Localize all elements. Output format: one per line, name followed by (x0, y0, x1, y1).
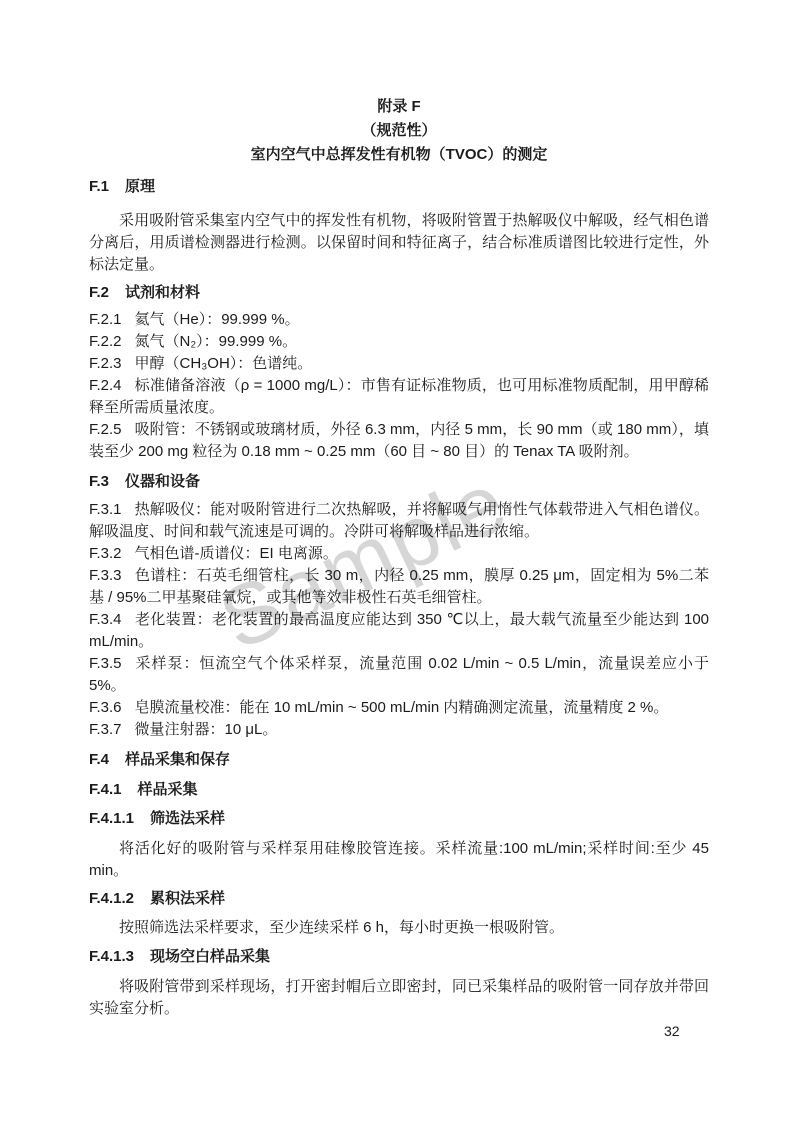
item-text: 采样泵：恒流空气个体采样泵，流量范围 0.02 L/min ~ 0.5 L/mi… (89, 655, 709, 694)
document-content: 附录 F （规范性） 室内空气中总挥发性有机物（TVOC）的测定 F.1原理 采… (89, 95, 709, 1020)
list-item-f3-5: F.3.5采样泵：恒流空气个体采样泵，流量范围 0.02 L/min ~ 0.5… (89, 653, 709, 697)
list-item-f3-6: F.3.6皂膜流量校准：能在 10 mL/min ~ 500 mL/min 内精… (89, 697, 709, 719)
section-title: 试剂和材料 (125, 284, 200, 301)
section-heading-f4-1: F.4.1样品采集 (89, 779, 709, 801)
item-text: 热解吸仪：能对吸附管进行二次热解吸，并将解吸气用惰性气体载带进入气相色谱仪。解吸… (89, 501, 709, 540)
section-title: 仪器和设备 (125, 473, 200, 490)
item-number: F.3.1 (89, 501, 122, 518)
section-body-f4-1-3: 将吸附管带到采样现场，打开密封帽后立即密封，同已采集样品的吸附管一同存放并带回实… (89, 976, 709, 1020)
item-number: F.2.5 (89, 421, 122, 438)
section-title: 现场空白样品采集 (150, 948, 270, 965)
section-heading-f4-1-3: F.4.1.3现场空白样品采集 (89, 946, 709, 968)
item-text: 甲醇（CH₃OH）：色谱纯。 (135, 355, 313, 372)
section-title: 累积法采样 (150, 890, 225, 907)
list-item-f2-2: F.2.2氮气（N₂）：99.999 %。 (89, 331, 709, 353)
document-page: Sample 附录 F （规范性） 室内空气中总挥发性有机物（TVOC）的测定 … (0, 0, 794, 1122)
item-number: F.3.7 (89, 721, 122, 738)
section-title: 筛选法采样 (150, 810, 225, 827)
section-body-f4-1-1: 将活化好的吸附管与采样泵用硅橡胶管连接。采样流量:100 mL/min;采样时间… (89, 838, 709, 882)
list-item-f3-2: F.3.2气相色谱-质谱仪：EI 电离源。 (89, 543, 709, 565)
normative-label: （规范性） (89, 119, 709, 143)
item-text: 氦气（He）：99.999 %。 (135, 311, 300, 328)
page-number: 32 (664, 1021, 680, 1041)
item-text: 吸附管：不锈钢或玻璃材质，外径 6.3 mm，内径 5 mm，长 90 mm（或… (89, 421, 709, 460)
item-number: F.2.4 (89, 377, 122, 394)
list-item-f2-4: F.2.4标准储备溶液（ρ = 1000 mg/L）：市售有证标准物质，也可用标… (89, 375, 709, 419)
item-text: 皂膜流量校准：能在 10 mL/min ~ 500 mL/min 内精确测定流量… (135, 699, 669, 716)
item-text: 色谱柱：石英毛细管柱，长 30 m，内径 0.25 mm，膜厚 0.25 μm，… (89, 567, 709, 606)
list-item-f2-1: F.2.1氦气（He）：99.999 %。 (89, 309, 709, 331)
item-number: F.3.4 (89, 611, 122, 628)
section-number: F.3 (89, 473, 109, 490)
list-item-f2-3: F.2.3甲醇（CH₃OH）：色谱纯。 (89, 353, 709, 375)
item-number: F.3.2 (89, 545, 122, 562)
item-text: 氮气（N₂）：99.999 %。 (135, 333, 298, 350)
item-number: F.2.1 (89, 311, 122, 328)
list-item-f3-3: F.3.3色谱柱：石英毛细管柱，长 30 m，内径 0.25 mm，膜厚 0.2… (89, 565, 709, 609)
section-number: F.1 (89, 178, 109, 195)
item-number: F.3.3 (89, 567, 122, 584)
section-body-f1: 采用吸附管采集室内空气中的挥发性有机物，将吸附管置于热解吸仪中解吸，经气相色谱分… (89, 210, 709, 276)
list-item-f3-4: F.3.4老化装置：老化装置的最高温度应能达到 350 ℃以上，最大载气流量至少… (89, 609, 709, 653)
item-number: F.2.2 (89, 333, 122, 350)
section-f3-items: F.3.1热解吸仪：能对吸附管进行二次热解吸，并将解吸气用惰性气体载带进入气相色… (89, 499, 709, 741)
list-item-f2-5: F.2.5吸附管：不锈钢或玻璃材质，外径 6.3 mm，内径 5 mm，长 90… (89, 419, 709, 463)
section-heading-f1: F.1原理 (89, 176, 709, 198)
item-number: F.3.5 (89, 655, 122, 672)
section-f2-items: F.2.1氦气（He）：99.999 %。 F.2.2氮气（N₂）：99.999… (89, 309, 709, 463)
item-text: 老化装置：老化装置的最高温度应能达到 350 ℃以上，最大载气流量至少能达到 1… (89, 611, 709, 650)
section-body-f4-1-2: 按照筛选法采样要求，至少连续采样 6 h，每小时更换一根吸附管。 (89, 917, 709, 939)
item-number: F.2.3 (89, 355, 122, 372)
section-heading-f4-1-1: F.4.1.1筛选法采样 (89, 808, 709, 830)
section-number: F.4 (89, 751, 109, 768)
list-item-f3-1: F.3.1热解吸仪：能对吸附管进行二次热解吸，并将解吸气用惰性气体载带进入气相色… (89, 499, 709, 543)
section-number: F.4.1.2 (89, 890, 134, 907)
list-item-f3-7: F.3.7微量注射器：10 μL。 (89, 719, 709, 741)
section-number: F.2 (89, 284, 109, 301)
section-title: 样品采集 (138, 781, 198, 798)
section-number: F.4.1.3 (89, 948, 134, 965)
appendix-label: 附录 F (89, 95, 709, 119)
item-text: 气相色谱-质谱仪：EI 电离源。 (135, 545, 338, 562)
section-title: 原理 (125, 178, 155, 195)
section-number: F.4.1 (89, 781, 122, 798)
section-heading-f4-1-2: F.4.1.2累积法采样 (89, 888, 709, 910)
section-heading-f2: F.2试剂和材料 (89, 282, 709, 304)
document-title: 室内空气中总挥发性有机物（TVOC）的测定 (89, 143, 709, 167)
item-number: F.3.6 (89, 699, 122, 716)
section-heading-f3: F.3仪器和设备 (89, 471, 709, 493)
section-heading-f4: F.4样品采集和保存 (89, 749, 709, 771)
item-text: 标准储备溶液（ρ = 1000 mg/L）：市售有证标准物质，也可用标准物质配制… (89, 377, 709, 416)
section-number: F.4.1.1 (89, 810, 134, 827)
section-title: 样品采集和保存 (125, 751, 230, 768)
item-text: 微量注射器：10 μL。 (135, 721, 278, 738)
